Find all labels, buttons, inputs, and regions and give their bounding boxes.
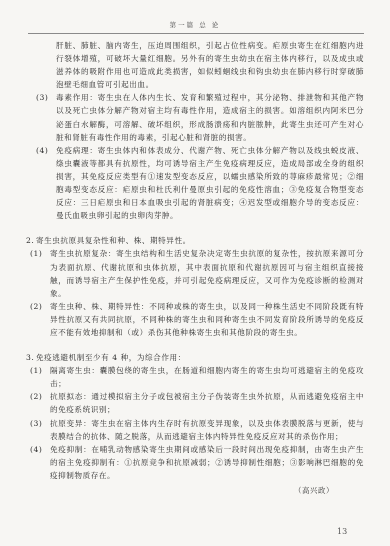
item-number: (3) [30,417,42,430]
list-item-immunopathology: (4) 免疫病理：寄生虫体内和体表成分、代谢产物、死亡虫体分解产物以及线虫蜕皮液… [0,144,390,223]
item-number: (2) [30,390,42,403]
section-title: 寄生虫抗原具复杂性和种、株、期特异性。 [36,236,191,245]
list-item: (3) 抗原变异：寄生虫在宿主体内生存时有抗原变异现象，以及虫体表膜脱落与更新，… [0,417,390,443]
item-text: 免疫抑制：在哺乳动物感染寄生虫期间或感染后一段时间出现免疫抑制，由寄生虫产生的宿… [50,445,364,480]
section-title: 免疫逃避机制至少有 4 种，为综合作用： [36,353,186,362]
list-item-toxin: (3) 毒素作用：寄生虫在人体内生长、发育和繁殖过程中，其分泌物、排泄物和其他产… [0,91,390,143]
document-page: 第一篇 总 论 肝脏、肺脏、脑内寄生，压迫周围组织，引起占位性病变。疟原虫寄生在… [0,0,390,546]
item-number: (2) [30,300,42,313]
list-item: (1) 寄生虫抗原复杂：寄生虫结构和生活史复杂决定寄生虫抗原的复杂性，按抗原来源… [0,247,390,299]
continued-paragraph: 肝脏、肺脏、脑内寄生，压迫周围组织，引起占位性病变。疟原虫寄生在红细胞内进行裂体… [0,39,390,91]
list-item: (4) 免疫抑制：在哺乳动物感染寄生虫期间或感染后一段时间出现免疫抑制，由寄生虫… [0,443,390,482]
item-number: (4) [36,144,48,157]
section-heading: 3. 免疫逃避机制至少有 4 种，为综合作用： [0,351,390,364]
page-number: 13 [337,527,347,536]
item-text: 寄生虫抗原复杂：寄生虫结构和生活史复杂决定寄生虫抗原的复杂性，按抗原来源可分为表… [50,249,364,297]
item-text: 寄生虫种、株、期特异性：不同种或株的寄生虫，以及同一种株生活史不同阶段既有特异性… [50,302,364,337]
item-number: (1) [30,247,42,260]
item-number: (4) [30,443,42,456]
item-text: 毒素作用：寄生虫在人体内生长、发育和繁殖过程中，其分泌物、排泄物和其他产物以及死… [56,93,364,141]
list-item: (1) 隔离寄生虫：囊膜包绕的寄生虫，在肠道和细胞内寄生的寄生虫均可逃避宿主的免… [0,364,390,390]
section-2: 2. 寄生虫抗原具复杂性和种、株、期特异性。 (1) 寄生虫抗原复杂：寄生虫结构… [0,234,390,339]
list-item: (2) 抗原拟态：通过模拟宿主分子或包被宿主分子伪装寄生虫外抗原，从而逃避免疫宿… [0,390,390,416]
running-header: 第一篇 总 论 [0,20,390,29]
item-number: (3) [36,91,48,104]
list-item: (2) 寄生虫种、株、期特异性：不同种或株的寄生虫，以及同一种株生活史不同阶段既… [0,300,390,339]
item-text: 抗原变异：寄生虫在宿主体内生存时有抗原变异现象，以及虫体表膜脱落与更新，使与表膜… [50,419,364,441]
item-text: 抗原拟态：通过模拟宿主分子或包被宿主分子伪装寄生虫外抗原，从而逃避免疫宿主中的免… [50,392,364,414]
item-text: 隔离寄生虫：囊膜包绕的寄生虫，在肠道和细胞内寄生的寄生虫均可逃避宿主的免疫攻击； [50,366,364,388]
section-number: 3. [26,351,34,364]
page-body: 肝脏、肺脏、脑内寄生，压迫周围组织，引起占位性病变。疟原虫寄生在红细胞内进行裂体… [0,39,390,482]
section-3: 3. 免疫逃避机制至少有 4 种，为综合作用： (1) 隔离寄生虫：囊膜包绕的寄… [0,351,390,482]
item-text: 免疫病理：寄生虫体内和体表成分、代谢产物、死亡虫体分解产物以及线虫蜕皮液、绦虫囊… [56,146,364,220]
author-attribution: （高兴政） [294,485,334,496]
section-heading: 2. 寄生虫抗原具复杂性和种、株、期特异性。 [0,234,390,247]
header-rule [28,33,364,34]
item-number: (1) [30,364,42,377]
section-number: 2. [26,234,34,247]
